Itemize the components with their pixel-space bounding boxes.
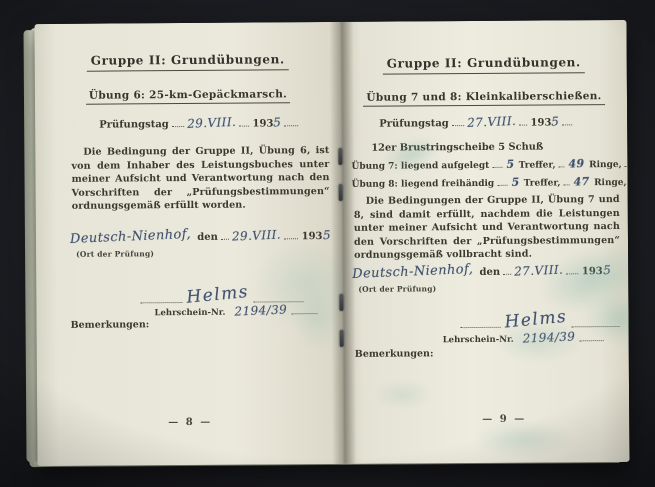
page-number: — 8 —	[37, 416, 343, 429]
handwritten-place: Deutsch-Nienhof,	[70, 227, 192, 247]
pruefungstag-label: Prüfungstag	[379, 118, 449, 129]
bemerkungen-label: Bemerkungen:	[71, 319, 150, 331]
photo-backdrop: Gruppe II: Grundübungen. Übung 6: 25-km-…	[0, 0, 655, 487]
lehrschein-label: Lehrschein-Nr.	[154, 308, 225, 318]
staple	[339, 184, 343, 201]
printed-year-prefix: 193	[531, 117, 552, 128]
handwritten-treffer: 5	[511, 176, 520, 189]
dotted-leader	[580, 331, 604, 341]
group-title: Gruppe II: Grundübungen.	[35, 52, 341, 72]
dotted-leader	[452, 116, 464, 126]
den-label: den	[479, 267, 500, 278]
handwritten-date: 27.VIII.	[514, 263, 564, 279]
handwritten-exam-date: 29.VIII.	[187, 115, 237, 131]
exercise-title: Übung 6: 25-km-Gepäckmarsch.	[35, 88, 341, 105]
ort-der-pruefung-caption: (Ort der Prüfung)	[76, 249, 154, 259]
ringe-label: Ringe,	[589, 160, 622, 170]
pruefungstag-row: Prüfungstag 27.VIII. 1935	[379, 114, 573, 129]
dotted-leader	[625, 158, 630, 167]
handwritten-year-digit: 5	[602, 263, 611, 277]
group-title: Gruppe II: Grundübungen.	[341, 55, 627, 75]
ort-der-pruefung-caption: (Ort der Prüfung)	[358, 284, 436, 294]
dotted-leader	[253, 292, 303, 302]
dotted-leader	[492, 159, 502, 168]
dotted-leader	[172, 117, 184, 127]
printed-year-prefix: 193	[302, 231, 323, 242]
place-date-row: Deutsch-Nienhof, den 29.VIII. 1935	[70, 228, 331, 245]
dotted-leader	[559, 158, 565, 167]
dotted-leader	[567, 264, 579, 274]
dotted-leader	[284, 229, 298, 239]
handwritten-signature: Helms	[504, 307, 568, 333]
target-description: 12er Brustringscheibe 5 Schuß	[371, 142, 543, 154]
booklet-spread: Gruppe II: Grundübungen. Übung 6: 25-km-…	[34, 20, 629, 466]
dotted-leader	[503, 265, 511, 275]
certification-paragraph: Die Bedingung der Gruppe II, Übung 6, is…	[71, 144, 329, 214]
printed-year-prefix: 193	[582, 266, 603, 277]
pruefungstag-label: Prüfungstag	[99, 119, 169, 130]
dotted-leader	[519, 116, 527, 126]
handwritten-place: Deutsch-Nienhof,	[352, 262, 474, 282]
signature-row: Helms	[140, 284, 303, 303]
handwritten-lehrschein-number: 2194/39	[234, 302, 287, 318]
result-label: Übung 8: liegend freihändig	[352, 179, 495, 190]
dotted-leader	[497, 177, 507, 186]
dotted-leader	[461, 318, 501, 328]
page-number: — 9 —	[343, 413, 629, 426]
handwritten-ringe: 47	[574, 175, 591, 189]
lehrschein-row: Lehrschein-Nr. 2194/39	[443, 330, 604, 345]
dotted-leader	[563, 115, 573, 125]
page-left: Gruppe II: Grundübungen. Übung 6: 25-km-…	[34, 22, 343, 466]
den-label: den	[197, 232, 218, 243]
dotted-leader	[291, 304, 317, 314]
handwritten-year-digit: 5	[273, 115, 282, 129]
printed-year-prefix: 193	[253, 118, 274, 129]
staple	[340, 330, 344, 347]
dotted-leader	[221, 230, 229, 240]
lehrschein-label: Lehrschein-Nr.	[443, 335, 514, 345]
signature-row: Helms	[460, 309, 619, 328]
dotted-leader	[285, 116, 299, 126]
bemerkungen-label: Bemerkungen:	[355, 348, 434, 360]
handwritten-lehrschein-number: 2194/39	[522, 329, 575, 345]
dotted-leader	[140, 293, 182, 303]
certification-paragraph: Die Bedingungen der Gruppe II, Übung 7 u…	[354, 193, 620, 263]
dotted-leader	[239, 117, 249, 127]
pruefungstag-row: Prüfungstag 29.VIII. 1935	[99, 115, 299, 130]
staple	[338, 148, 342, 165]
handwritten-exam-date: 27.VIII.	[467, 114, 517, 130]
treffer-label: Treffer,	[524, 178, 561, 188]
dotted-leader	[564, 176, 570, 185]
lehrschein-row: Lehrschein-Nr. 2194/39	[154, 303, 317, 318]
booklet: Gruppe II: Grundübungen. Übung 6: 25-km-…	[34, 20, 629, 466]
place-date-row: Deutsch-Nienhof, den 27.VIII. 1935	[352, 263, 611, 280]
handwritten-year-digit: 5	[551, 114, 560, 128]
result-label: Übung 7: liegend aufgelegt	[351, 161, 489, 172]
result-row-uebung8: Übung 8: liegend freihändig 5 Treffer, 4…	[352, 174, 630, 189]
exercise-title: Übung 7 und 8: Kleinkaliberschießen.	[341, 90, 627, 107]
treffer-label: Treffer,	[519, 160, 556, 170]
handwritten-year-digit: 5	[322, 228, 331, 242]
ringe-label: Ringe,	[594, 178, 627, 188]
handwritten-treffer: 5	[506, 158, 515, 171]
dotted-leader	[571, 317, 619, 327]
result-row-uebung7: Übung 7: liegend aufgelegt 5 Treffer, 49…	[351, 156, 629, 171]
staple	[339, 294, 343, 311]
page-right: Gruppe II: Grundübungen. Übung 7 und 8: …	[340, 20, 629, 464]
handwritten-date: 29.VIII.	[232, 228, 282, 244]
handwritten-ringe: 49	[569, 157, 586, 171]
